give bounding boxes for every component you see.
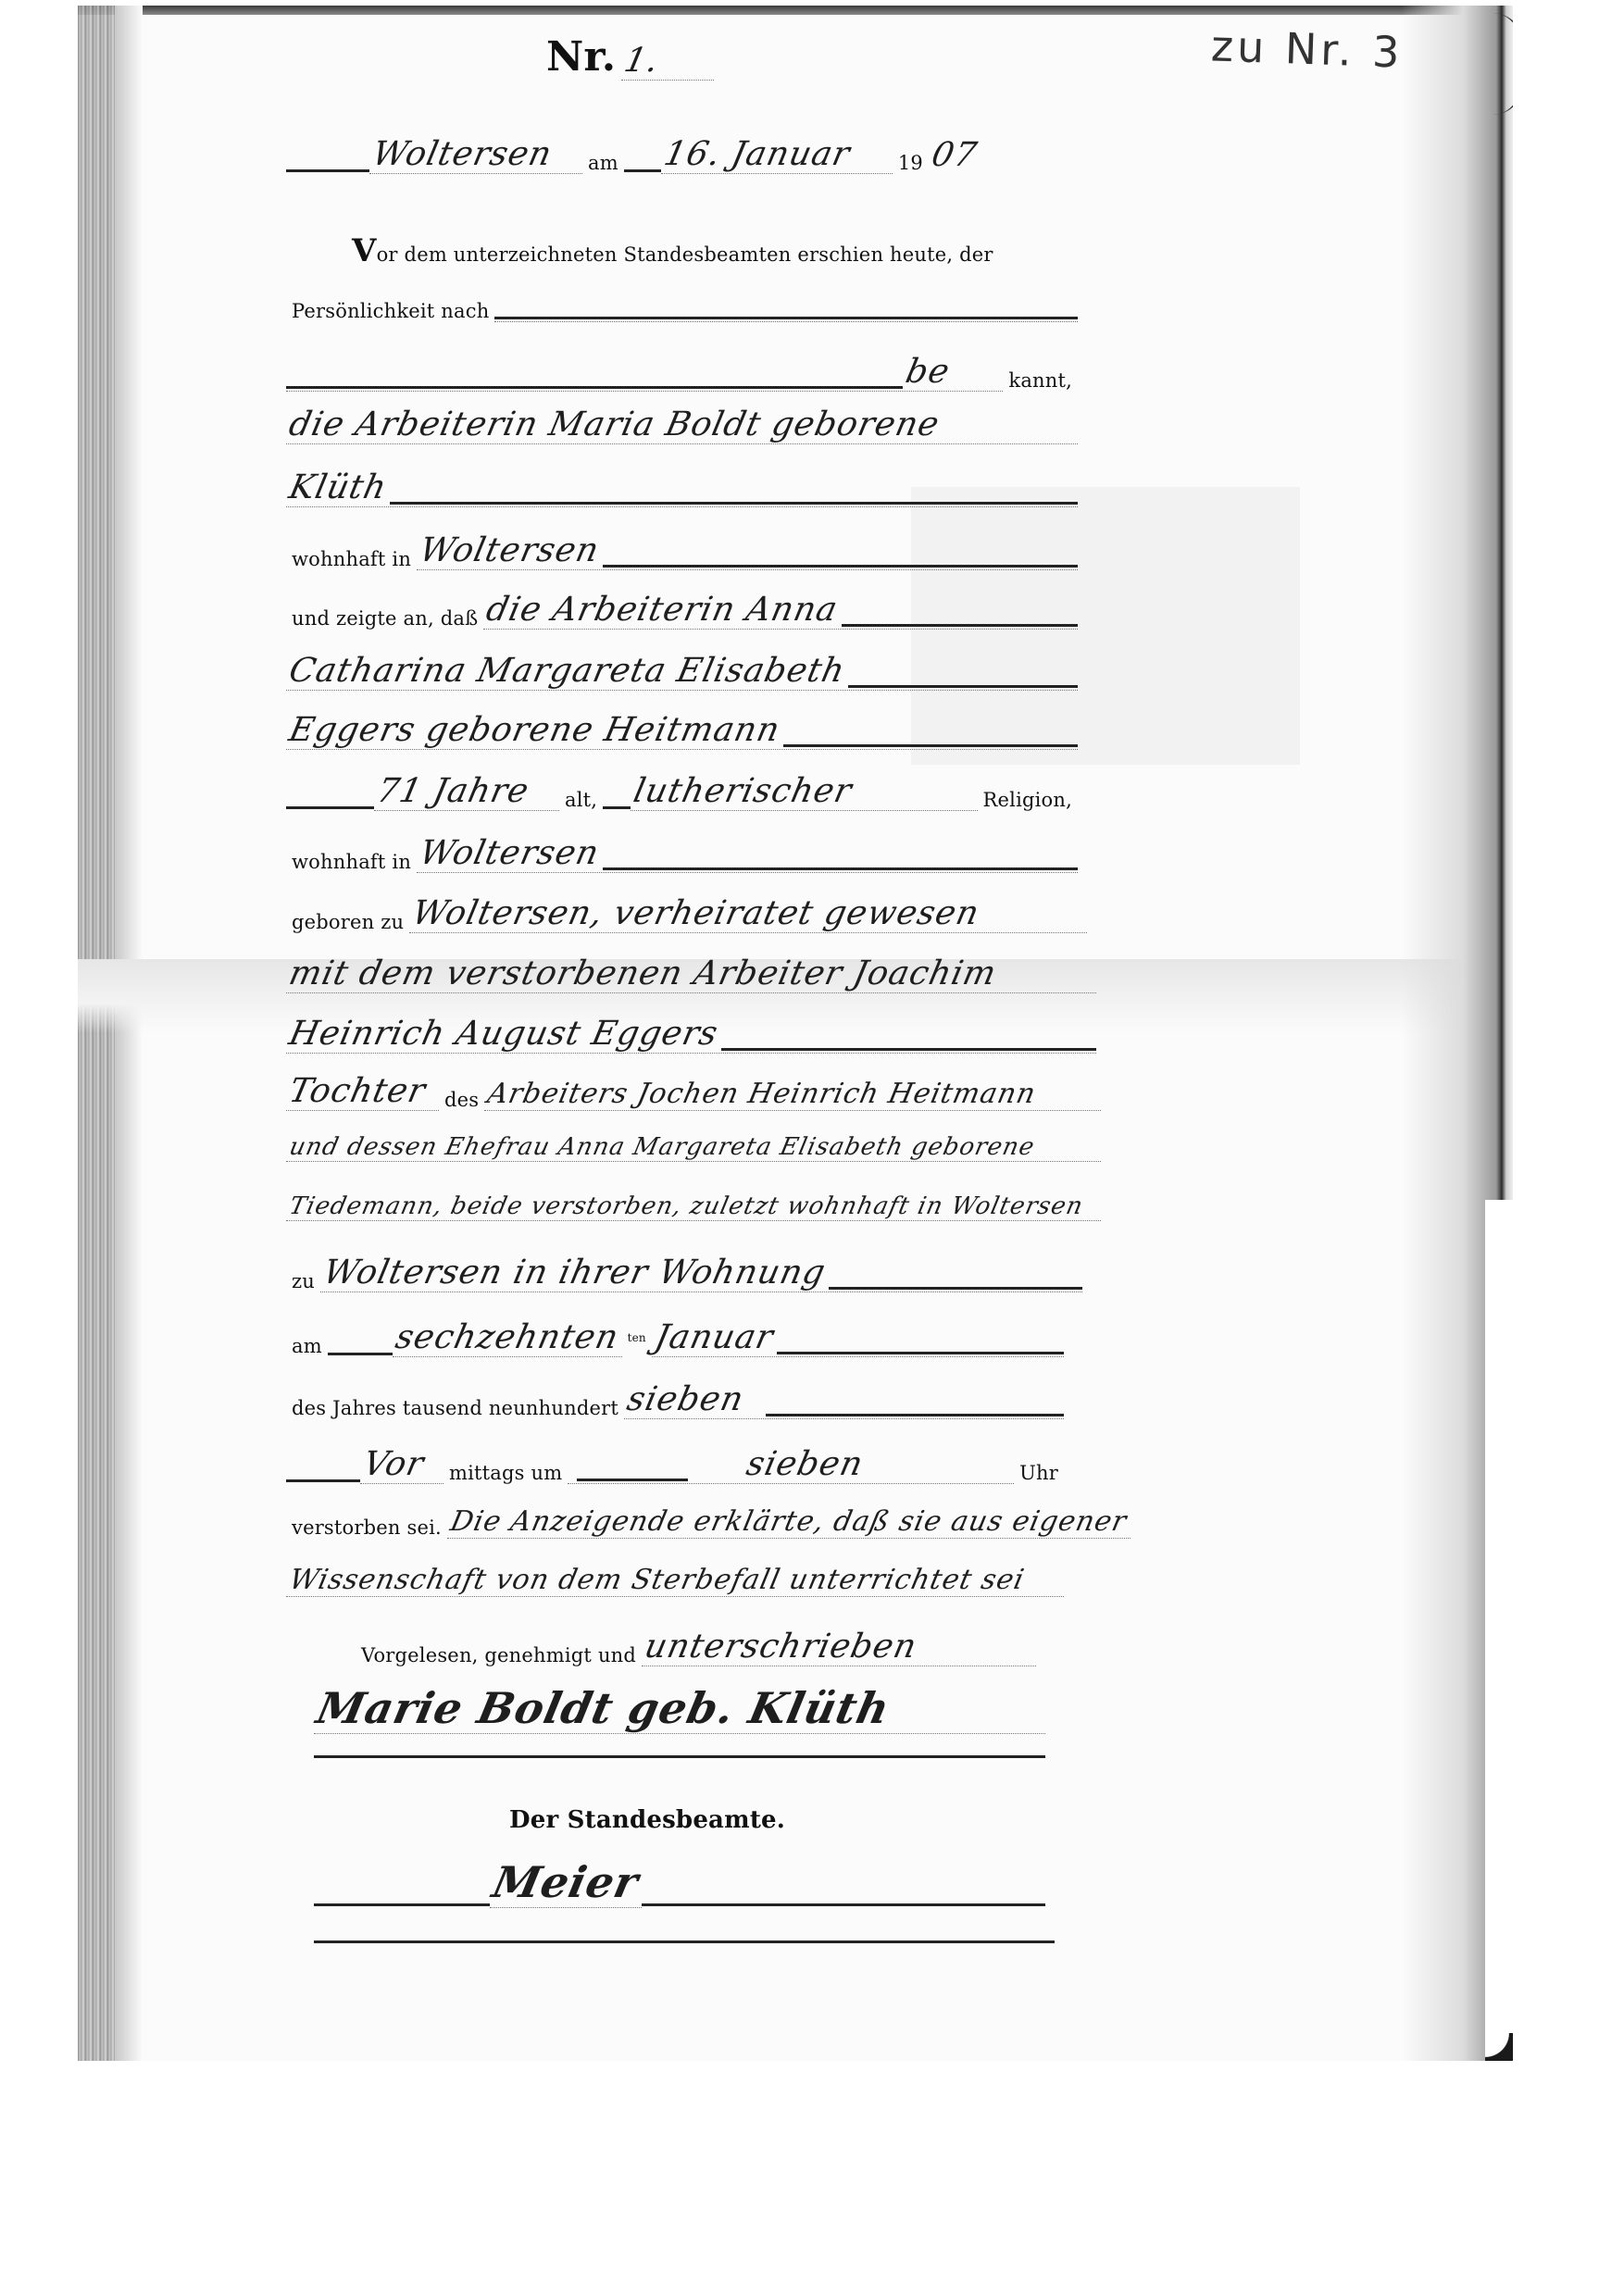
bekannt-hand: be (899, 353, 957, 391)
margin-bracket (1493, 13, 1513, 115)
verstorben-row: verstorben sei. Die Anzeigende erklärte,… (286, 1505, 1092, 1539)
deceased-residence-row: wohnhaft in Woltersen (286, 834, 1078, 873)
rule (603, 867, 1078, 870)
birth-line-3-row: Heinrich August Eggers (286, 1015, 1096, 1054)
am-label: am (582, 152, 624, 174)
intro-row: Vor dem unterzeichneten Standesbeamten e… (346, 232, 1087, 269)
deceased-field-1: die Arbeiterin Anna (483, 591, 1078, 630)
page-edge-gap (1485, 1200, 1513, 2061)
year-suffix: 07 (925, 136, 985, 174)
birth-line-2-row: mit dem verstorbenen Arbeiter Joachim (286, 955, 1096, 993)
informant-residence-row: wohnhaft in Woltersen (286, 531, 1078, 570)
official-signature: Meier (484, 1857, 647, 1907)
des-label: des (439, 1089, 484, 1111)
death-year: sieben (620, 1380, 752, 1418)
book-binding (78, 6, 115, 2061)
statement-line-2: Wissenschaft von dem Sterbefall unterric… (282, 1564, 1031, 1596)
vorgelesen-row: Vorgelesen, genehmigt und unterschrieben (356, 1628, 1036, 1666)
informant-signature-field: Marie Boldt geb. Klüth (314, 1683, 1045, 1734)
informant-field-1: die Arbeiterin Maria Boldt geborene (286, 406, 1078, 444)
birth-field-3: Heinrich August Eggers (286, 1015, 1096, 1054)
death-hour: sieben (740, 1445, 871, 1483)
informant-residence-field: Woltersen (417, 531, 1078, 570)
informant-name-1: die Arbeiterin Maria Boldt geborene (282, 406, 947, 443)
parents-row-2: und dessen Ehefrau Anna Margareta Elisab… (286, 1133, 1101, 1162)
mother-name: und dessen Ehefrau Anna Margareta Elisab… (283, 1133, 1042, 1161)
death-month-field: Januar (652, 1318, 1064, 1357)
deceased-residence-field: Woltersen (417, 834, 1078, 873)
parents-row-3: Tiedemann, beide verstorben, zuletzt woh… (286, 1192, 1101, 1221)
official-signature-field: Meier (490, 1857, 642, 1908)
vor-nach: Vor (356, 1445, 431, 1483)
unterschrieben-field: unterschrieben (642, 1628, 1036, 1666)
entry-number-label: Nr. (541, 33, 621, 81)
rule (829, 1287, 1082, 1290)
statement-row-2: Wissenschaft von dem Sterbefall unterric… (286, 1564, 1064, 1597)
birth-row: geboren zu Woltersen, verheiratet gewese… (286, 894, 1087, 933)
alt-label: alt, (559, 789, 603, 811)
rule (577, 1479, 688, 1481)
persoenlichkeit-field (494, 317, 1078, 322)
rule (848, 685, 1078, 688)
relation-field: Tochter (286, 1072, 439, 1111)
deceased-line-2: Catharina Margareta Elisabeth (286, 652, 1078, 691)
death-place-field: Woltersen in ihrer Wohnung (320, 1254, 1082, 1292)
bekannt-label: kannt, (1003, 369, 1078, 392)
rule (314, 1903, 490, 1906)
place: Woltersen (366, 135, 559, 173)
margin-note: zu Nr. 3 (1206, 20, 1407, 77)
rule (624, 169, 661, 172)
am2-label: am (286, 1335, 328, 1357)
rule (286, 386, 903, 389)
birth-field-2: mit dem verstorbenen Arbeiter Joachim (286, 955, 1096, 993)
year-prefix: 19 (893, 152, 929, 174)
rule (314, 1755, 1045, 1758)
father-field: Arbeiters Jochen Heinrich Heitmann (484, 1078, 1101, 1111)
death-year-row: des Jahres tausend neunhundert sieben (286, 1380, 1064, 1419)
birth-field-1: Woltersen, verheiratet gewesen (409, 894, 1087, 933)
rule (328, 1353, 393, 1355)
official-signature-row: Meier (314, 1857, 1045, 1908)
ten-label: ten (622, 1331, 652, 1344)
date-field: 16. Januar (661, 135, 893, 174)
jahres-label: des Jahres tausend neunhundert (286, 1397, 624, 1419)
scan-top-shadow (78, 6, 1513, 15)
informant-name-2: Klüth (282, 468, 394, 506)
deceased-name-2: Catharina Margareta Elisabeth (282, 652, 853, 690)
geboren-label: geboren zu (286, 911, 409, 933)
entry-number-field: 1. (621, 42, 714, 81)
death-year-field: sieben (624, 1380, 1064, 1419)
margin-note-row: zu Nr. 3 (1207, 24, 1407, 74)
scanned-page: Nr. 1. zu Nr. 3 Woltersen am 16. Januar … (78, 6, 1513, 2061)
official-title-row: Der Standesbeamte. (504, 1806, 791, 1834)
unterschrieben: unterschrieben (638, 1628, 924, 1666)
rule (777, 1352, 1064, 1354)
deceased-field-3: Eggers geborene Heitmann (286, 711, 1078, 750)
death-hour-field: sieben (568, 1445, 1014, 1484)
deceased-line-3: Eggers geborene Heitmann (286, 711, 1078, 750)
uhr-label: Uhr (1014, 1462, 1064, 1484)
religion: lutherischer (627, 772, 859, 810)
death-place: Woltersen in ihrer Wohnung (317, 1254, 833, 1291)
birth-line-3: Heinrich August Eggers (282, 1015, 726, 1053)
deceased-name-3: Eggers geborene Heitmann (282, 711, 788, 749)
informant-line-2: Klüth (286, 468, 1078, 507)
persoenlichkeit-label: Persönlichkeit nach (286, 300, 494, 322)
informant-signature: Marie Boldt geb. Klüth (308, 1683, 898, 1733)
zeigte-label: und zeigte an, daß (286, 607, 483, 630)
wohnhaft2-label: wohnhaft in (286, 851, 417, 873)
informant-residence: Woltersen (413, 531, 606, 569)
statement-line-1: Die Anzeigende erklärte, daß sie aus eig… (443, 1505, 1133, 1538)
bekannt-field: be (286, 353, 1003, 392)
intro-text: Vor dem unterzeichneten Standesbeamten e… (346, 232, 999, 269)
birth-line-2: mit dem verstorbenen Arbeiter Joachim (282, 955, 1004, 992)
mother-maiden-field: Tiedemann, beide verstorben, zuletzt woh… (286, 1192, 1101, 1221)
birth-line-1: Woltersen, verheiratet gewesen (406, 894, 987, 932)
wohnhaft-label: wohnhaft in (286, 548, 417, 570)
rule (842, 624, 1078, 627)
parents-row-1: Tochter des Arbeiters Jochen Heinrich He… (286, 1072, 1101, 1111)
mother-maiden-name: Tiedemann, beide verstorben, zuletzt woh… (283, 1192, 1090, 1220)
entry-number-row: Nr. 1. (541, 33, 818, 81)
deceased-name-1: die Arbeiterin Anna (480, 591, 845, 629)
place-date-row: Woltersen am 16. Januar 19 07 (286, 135, 1119, 174)
deceased-residence: Woltersen (413, 834, 606, 872)
rule (286, 169, 369, 172)
verstorben-label: verstorben sei. (286, 1516, 447, 1539)
death-day: sechzehnten (388, 1318, 625, 1356)
rule (721, 1048, 1096, 1051)
death-place-row: zu Woltersen in ihrer Wohnung (286, 1254, 1082, 1292)
informant-field-2: Klüth (286, 468, 1078, 507)
age-field: 71 Jahre (374, 772, 559, 811)
bekannt-row: be kannt, (286, 353, 1078, 392)
death-month: Januar (647, 1318, 781, 1356)
religion-label: Religion, (978, 789, 1078, 811)
place-field: Woltersen (369, 135, 582, 174)
death-time-row: Vor mittags um sieben Uhr (286, 1445, 1064, 1484)
rule (494, 317, 1078, 319)
zeigte-row: und zeigte an, daß die Arbeiterin Anna (286, 591, 1078, 630)
relation: Tochter (282, 1072, 433, 1110)
rule (603, 565, 1078, 568)
mother-field: und dessen Ehefrau Anna Margareta Elisab… (286, 1133, 1101, 1162)
rule (766, 1414, 1064, 1416)
statement-field-2: Wissenschaft von dem Sterbefall unterric… (286, 1564, 1064, 1597)
vorgelesen-label: Vorgelesen, genehmigt und (356, 1644, 642, 1666)
rule (286, 1479, 360, 1482)
death-date-row: am sechzehnten ten Januar (286, 1318, 1064, 1357)
rule (783, 744, 1078, 747)
age-religion-row: 71 Jahre alt, lutherischer Religion, (286, 772, 1078, 811)
informant-signature-row: Marie Boldt geb. Klüth (314, 1683, 1045, 1734)
vor-nach-field: Vor (360, 1445, 443, 1484)
mittags-label: mittags um (443, 1462, 568, 1484)
rule (286, 806, 374, 809)
date: 16. Januar (656, 135, 856, 173)
persoenlichkeit-row: Persönlichkeit nach (286, 300, 1078, 322)
blank-rule-1 (314, 1755, 1045, 1760)
entry-number: 1. (618, 42, 667, 80)
blank-rule-2 (314, 1940, 1055, 1945)
deceased-field-2: Catharina Margareta Elisabeth (286, 652, 1078, 691)
informant-line-1: die Arbeiterin Maria Boldt geborene (286, 406, 1078, 444)
religion-field: lutherischer (631, 772, 977, 811)
binding-shadow (115, 6, 143, 2061)
page-corner (1485, 2033, 1513, 2061)
rule (314, 1940, 1055, 1943)
rule (390, 502, 1078, 505)
rule (642, 1903, 1045, 1906)
statement-field-1: Die Anzeigende erklärte, daß sie aus eig… (447, 1505, 1131, 1539)
death-day-field: sechzehnten (393, 1318, 622, 1357)
official-title: Der Standesbeamte. (504, 1806, 791, 1834)
father-name: Arbeiters Jochen Heinrich Heitmann (481, 1078, 1043, 1110)
zu-label: zu (286, 1270, 320, 1292)
age: 71 Jahre (370, 772, 537, 810)
